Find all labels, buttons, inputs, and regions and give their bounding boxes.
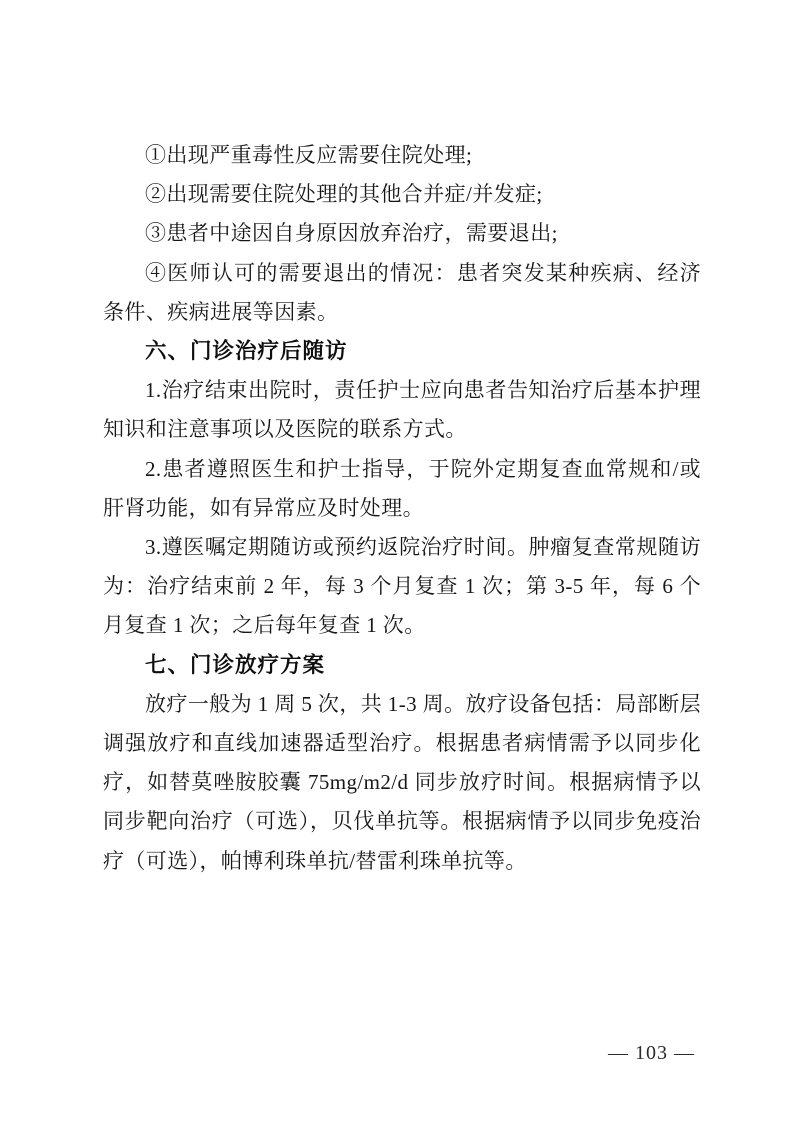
document-page: ①出现严重毒性反应需要住院处理; ②出现需要住院处理的其他合并症/并发症; ③患… [0, 0, 793, 1122]
page-number: — 103 — [608, 1042, 695, 1065]
followup-paragraph-2: 2.患者遵照医生和护士指导，于院外定期复查血常规和/或肝肾功能，如有异常应及时处… [103, 450, 701, 528]
radiotherapy-paragraph: 放疗一般为 1 周 5 次，共 1-3 周。放疗设备包括：局部断层调强放疗和直线… [103, 685, 701, 881]
section-heading-seven: 七、门诊放疗方案 [103, 646, 701, 685]
clause-item-4: ④医师认可的需要退出的情况：患者突发某种疾病、经济条件、疾病进展等因素。 [103, 254, 701, 332]
followup-paragraph-3: 3.遵医嘱定期随访或预约返院治疗时间。肿瘤复查常规随访为：治疗结束前 2 年，每… [103, 528, 701, 646]
clause-item-3: ③患者中途因自身原因放弃治疗，需要退出; [103, 214, 701, 253]
document-body: ①出现严重毒性反应需要住院处理; ②出现需要住院处理的其他合并症/并发症; ③患… [103, 136, 701, 881]
clause-item-2: ②出现需要住院处理的其他合并症/并发症; [103, 175, 701, 214]
section-heading-six: 六、门诊治疗后随访 [103, 332, 701, 371]
followup-paragraph-1: 1.治疗结束出院时，责任护士应向患者告知治疗后基本护理知识和注意事项以及医院的联… [103, 371, 701, 449]
clause-item-1: ①出现严重毒性反应需要住院处理; [103, 136, 701, 175]
